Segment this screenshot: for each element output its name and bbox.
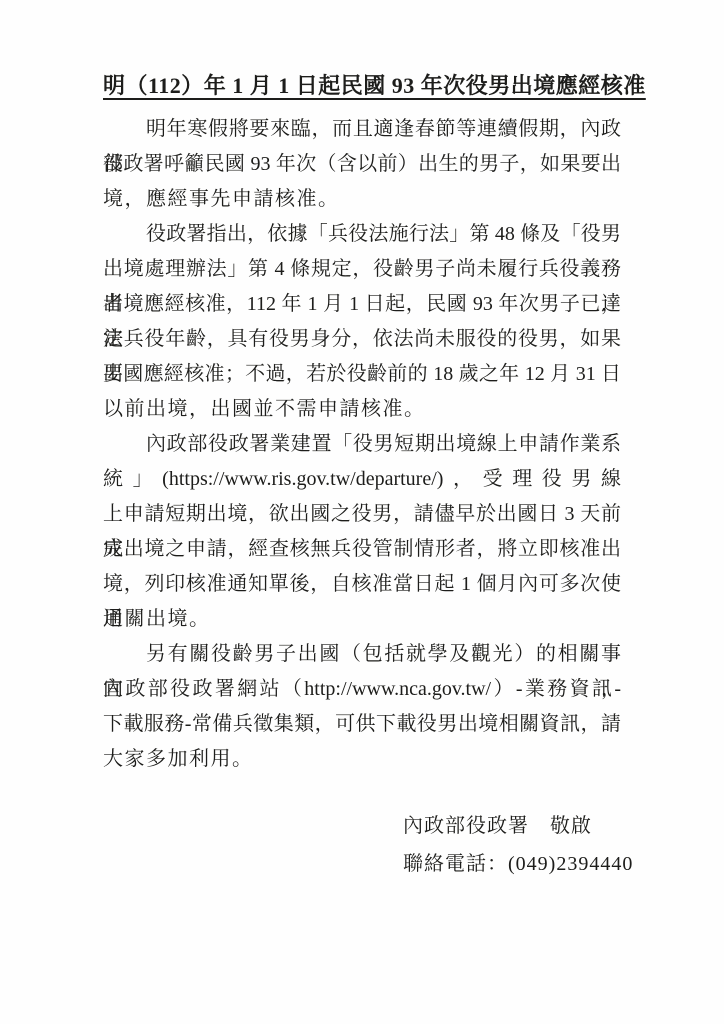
text-line: 出境處理辦法」第 4 條規定，役齡男子尚未履行兵役義務者， <box>103 252 621 287</box>
text-line: 另有關役齡男子出國（包括就學及觀光）的相關事宜， <box>103 637 621 672</box>
text-line: 明年寒假將要來臨，而且適逢春節等連續假期，內政部 <box>103 112 621 147</box>
document-body: 明年寒假將要來臨，而且適逢春節等連續假期，內政部役政署呼籲民國 93 年次（含以… <box>103 112 621 777</box>
text-line: 通關出境。 <box>103 602 621 637</box>
text-line: 出國應經核准；不過，若於役齡前的 18 歲之年 12 月 31 日 <box>103 357 621 392</box>
text-line: 統」(https://www.ris.gov.tw/departure/)，受理… <box>103 462 621 497</box>
signature-sender: 內政部役政署 敬啟 <box>403 807 621 845</box>
text-line: 成出境之申請，經查核無兵役管制情形者，將立即核准出 <box>103 532 621 567</box>
text-line: 上申請短期出境，欲出國之役男，請儘早於出國日 3 天前完 <box>103 497 621 532</box>
text-line: 出境應經核准，112 年 1 月 1 日起，民國 93 年次男子已達法 <box>103 287 621 322</box>
text-line: 內政部役政署網站（http://www.nca.gov.tw/）-業務資訊- <box>103 672 621 707</box>
signature-block: 內政部役政署 敬啟 聯絡電話：(049)2394440 <box>103 807 621 883</box>
text-line: 役政署指出，依據「兵役法施行法」第 48 條及「役男 <box>103 217 621 252</box>
text-line: 大家多加利用。 <box>103 742 621 777</box>
text-line: 境，應經事先申請核准。 <box>103 182 621 217</box>
text-line: 以前出境，出國並不需申請核准。 <box>103 392 621 427</box>
text-line: 內政部役政署業建置「役男短期出境線上申請作業系 <box>103 427 621 462</box>
text-line: 下載服務-常備兵徵集類，可供下載役男出境相關資訊，請 <box>103 707 621 742</box>
text-line: 役政署呼籲民國 93 年次（含以前）出生的男子，如果要出 <box>103 147 621 182</box>
text-line: 境，列印核准通知單後，自核准當日起 1 個月內可多次使用 <box>103 567 621 602</box>
document-page: 明（112）年 1 月 1 日起民國 93 年次役男出境應經核准 明年寒假將要來… <box>0 0 724 1024</box>
contact-phone: 聯絡電話：(049)2394440 <box>403 845 621 883</box>
text-line: 定兵役年齡，具有役男身分，依法尚未服役的役男，如果要 <box>103 322 621 357</box>
document-content: 明（112）年 1 月 1 日起民國 93 年次役男出境應經核准 明年寒假將要來… <box>103 66 621 883</box>
document-title: 明（112）年 1 月 1 日起民國 93 年次役男出境應經核准 <box>103 66 621 106</box>
